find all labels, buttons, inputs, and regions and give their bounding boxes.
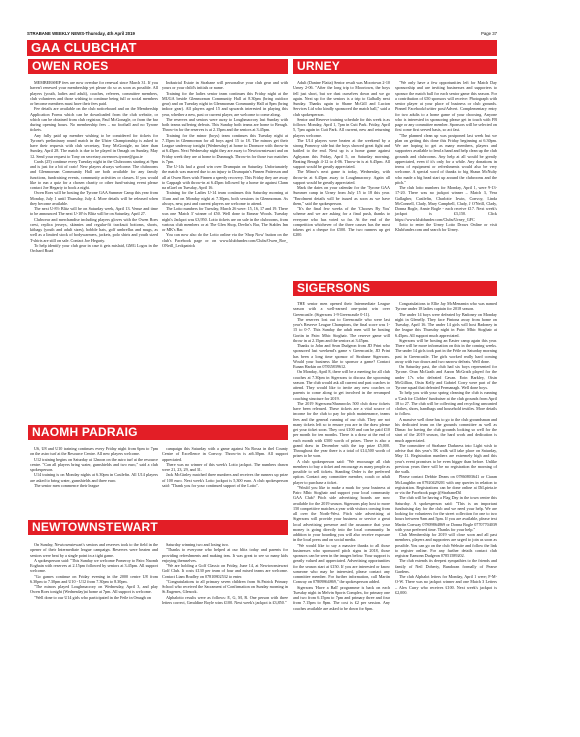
- article-paragraph: Fee details are available on the club no…: [30, 106, 158, 132]
- article-paragraph: Training for the minor (boys) team conti…: [162, 133, 288, 165]
- club-banner-owen-roes: OWEN ROES: [28, 59, 288, 74]
- section-title: GAA CLUBCHAT: [31, 40, 137, 56]
- club-banner-naomh-padraig: NAOMH PADRAIG: [28, 425, 288, 440]
- article-paragraph: The Minor's next game is today, Wednesda…: [293, 169, 390, 185]
- article-paragraph: Thanks to John and Sean Dudgeon from JD …: [293, 343, 390, 369]
- article-paragraph: The U14 players were beaten at the weeke…: [293, 138, 390, 170]
- article-paragraph: Sigersons will be hosting an Easter camp…: [395, 338, 497, 364]
- article-paragraph: "Well done to our U14 girls who particip…: [30, 595, 158, 600]
- publication-date: STRABANE WEEKLY NEWS-Thursday, 4th April…: [27, 31, 135, 36]
- article-paragraph: "We would like to say a massive thanks t…: [293, 543, 390, 585]
- article-paragraph: "Congratulations to all primary seven ch…: [162, 579, 288, 595]
- article-paragraph: Training for the ladies senior team cont…: [162, 91, 288, 117]
- club-title: NEWTOWNSTEWART: [32, 520, 158, 535]
- article-paragraph: The club extends its deepest sympathies …: [395, 558, 497, 574]
- club-banner-newtownstewart: NEWTOWNSTEWART: [28, 520, 288, 535]
- article-paragraph: "Thanks to everyone who helped at our bl…: [162, 547, 288, 563]
- page-number: Page 37: [481, 31, 497, 36]
- article-paragraph: You can now also do the Lotto online via…: [162, 232, 288, 248]
- article-paragraph: To help identify your club gear in case …: [30, 243, 158, 254]
- article-paragraph: U6, U8 and U10 training continues every …: [30, 446, 158, 457]
- article-paragraph: U12 training begins on Saturday at 12noo…: [30, 457, 158, 473]
- article-paragraph: Any fully paid up member wishing to be c…: [30, 133, 158, 159]
- article-paragraph: "The minors played Loughmacrory on Wedne…: [30, 584, 158, 595]
- article-paragraph: The 2019 Sigersons/Shamrocks 500 club dr…: [293, 401, 390, 459]
- sigersons-column-1: THE senior men opened their Intermediate…: [293, 301, 390, 611]
- article-paragraph: The club will be having a Flag Day in th…: [395, 495, 497, 532]
- club-title: NAOMH PADRAIG: [32, 425, 138, 440]
- article-paragraph: "We only have a few opportunities left f…: [395, 80, 497, 133]
- article-paragraph: Alphalotto results were as follows: E, G…: [162, 595, 288, 606]
- article-paragraph: The senior men commence their league: [30, 483, 158, 488]
- article-paragraph: "Go games continue on Friday evening in …: [30, 574, 158, 585]
- club-title: SIGERSONS: [297, 281, 370, 296]
- club-banner-sigersons: SIGERSONS: [293, 281, 497, 296]
- masthead: STRABANE WEEKLY NEWS-Thursday, 4th April…: [27, 29, 497, 39]
- article-paragraph: The reserves and seniors were away to Lo…: [162, 117, 288, 133]
- article-paragraph: On Saturday past, the club had six boys …: [395, 364, 497, 390]
- article-paragraph: Cards (25) continue every Tuesday night …: [30, 159, 158, 191]
- article-paragraph: "Would you like to make a mark for your …: [293, 485, 390, 543]
- article-paragraph: There was no winner of this week's Lotto…: [162, 462, 288, 473]
- article-paragraph: A club spokesperson said: "We encourage …: [293, 459, 390, 485]
- article-paragraph: "It's the final few weeks of the 'Choose…: [293, 206, 390, 238]
- article-paragraph: A massive well done has to go to the clu…: [395, 417, 497, 443]
- naomh-padraig-column-1: U6, U8 and U10 training continues every …: [30, 446, 158, 488]
- article-paragraph: Jack McGinley matched three numbers and …: [162, 472, 288, 488]
- article-paragraph: Congratulations to Ellie Jay McMenamin w…: [395, 301, 497, 312]
- sigersons-column-2: Congratulations to Ellie Jay McMenamin w…: [395, 301, 497, 595]
- article-paragraph: Adult (Danine Flaita) Senior result was …: [293, 80, 390, 117]
- article-paragraph: Senior and Reserve training schedule for…: [293, 117, 390, 138]
- article-paragraph: The reserves lost out to Greencastle who…: [293, 317, 390, 343]
- article-paragraph: THE senior men opened their Intermediate…: [293, 301, 390, 317]
- article-paragraph: A spokesperson said: "This Sunday we wel…: [30, 558, 158, 574]
- article-paragraph: On Sunday, Newtownstewart's seniors and …: [30, 542, 158, 558]
- article-paragraph: /lotto to enter the Urney Lotto Draws On…: [395, 222, 497, 233]
- article-paragraph: To help you with your spring cleaning th…: [395, 390, 497, 416]
- urney-column-1: Adult (Danine Flaita) Senior result was …: [293, 80, 390, 238]
- newtownstewart-column-2: Saturday winning two and losing two."Tha…: [162, 542, 288, 605]
- article-paragraph: Mark the dates on your calendar for the …: [293, 185, 390, 206]
- article-paragraph: The under 14 boys were defeated by Badon…: [395, 312, 497, 338]
- article-paragraph: MEMBERSHIP fees are now overdue for rene…: [30, 80, 158, 106]
- article-paragraph: On Monday, April 8, there will be a meet…: [293, 369, 390, 401]
- article-paragraph: Owen Roes will be hosting the Tyrone GAA…: [30, 190, 158, 206]
- newtownstewart-column-1: On Sunday, Newtownstewart's seniors and …: [30, 542, 158, 600]
- urney-column-2: "We only have a few opportunities left f…: [395, 80, 497, 232]
- article-paragraph: campaign this Saturday with a game again…: [162, 446, 288, 462]
- owen-roes-column-1: MEMBERSHIP fees are now overdue for rene…: [30, 80, 158, 253]
- article-paragraph: "We are holding a Golf Classic on Friday…: [162, 563, 288, 579]
- article-paragraph: Club Membership for 2019 will close soon…: [395, 532, 497, 558]
- article-paragraph: The committee of Strabane Darkness into …: [395, 443, 497, 475]
- section-banner-gaa-clubchat: GAA CLUBCHAT: [27, 40, 497, 56]
- article-paragraph: Clubwear and merchandise including playe…: [30, 217, 158, 243]
- article-paragraph: "The planned clean up was postponed last…: [395, 133, 497, 186]
- article-paragraph: The next U-8½ Blitz will be on Saturday …: [30, 206, 158, 217]
- naomh-padraig-column-2: campaign this Saturday with a game again…: [162, 446, 288, 488]
- article-paragraph: Industrial Estate in Strabane will perso…: [162, 80, 288, 91]
- article-paragraph: U14 training is on Monday nights at 6.30…: [30, 472, 158, 483]
- club-title: URNEY: [297, 59, 340, 74]
- article-paragraph: Sigersons 'Have a Ball' programme is bac…: [293, 585, 390, 611]
- article-paragraph: The club Alphalot letters for Monday, Ap…: [395, 574, 497, 595]
- article-paragraph: Training for the Ladies U-14 team contin…: [162, 190, 288, 206]
- article-paragraph: The Lotto numbers for Tuesday, March 26 …: [162, 206, 288, 232]
- article-paragraph: The club lotto numbers for Monday, April…: [395, 185, 497, 222]
- club-banner-urney: URNEY: [293, 59, 497, 74]
- article-paragraph: Please contact Debbie Deans on 078608036…: [395, 474, 497, 495]
- owen-roes-column-2: Industrial Estate in Strabane will perso…: [162, 80, 288, 248]
- club-title: OWEN ROES: [32, 59, 108, 74]
- article-paragraph: The U-14s had a good win over Drumquin o…: [162, 164, 288, 190]
